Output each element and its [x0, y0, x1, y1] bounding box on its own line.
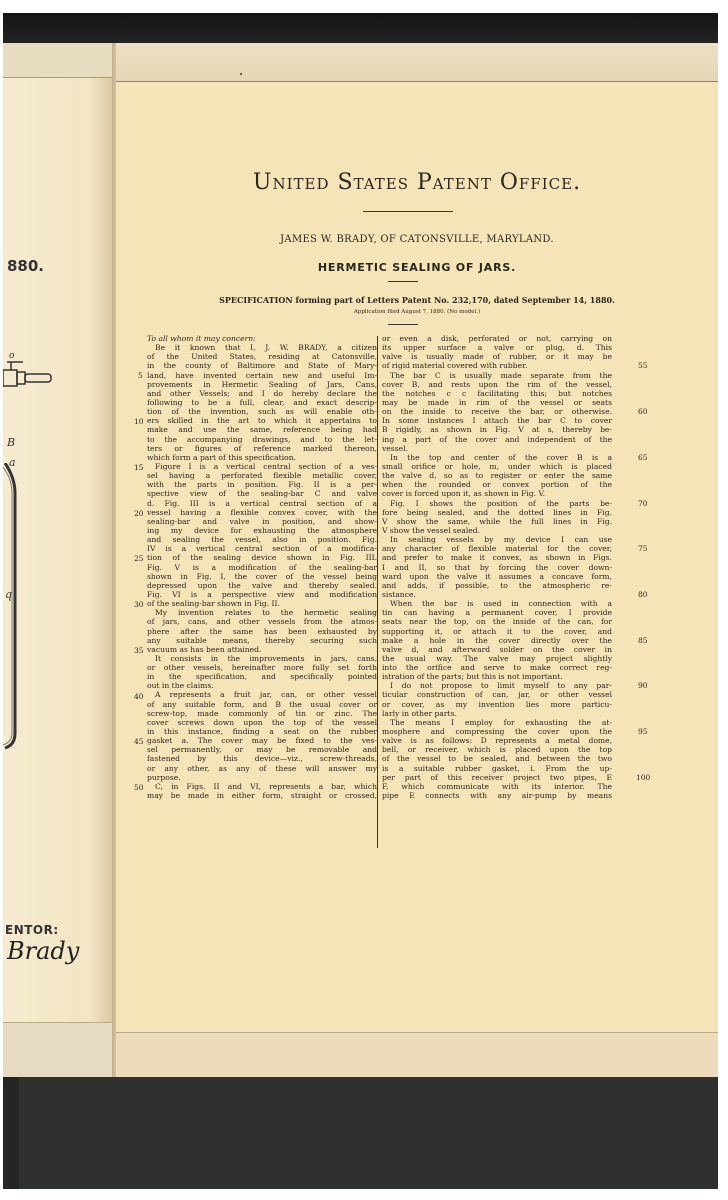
text-line: cover is forced upon it, as shown in Fig…	[382, 489, 612, 498]
text-line: In some instances I attach the bar C to …	[382, 416, 612, 425]
text-line: tion of the sealing device shown in Fig.…	[147, 553, 377, 562]
text-line: cover screws down upon the top of the ve…	[147, 718, 377, 727]
text-line: When the bar is used in connection with …	[382, 599, 612, 608]
text-line: on the inside to receive the bar, or oth…	[382, 407, 612, 416]
text-line: I and II, so that by forcing the cover d…	[382, 563, 612, 572]
text-line: valve d, and afterward solder on the cov…	[382, 645, 612, 654]
text-line: shown in Fig. I, the cover of the vessel…	[147, 572, 377, 581]
scanner-frame-bottom	[3, 1077, 718, 1189]
line-number: 85	[638, 636, 648, 645]
text-line: d. Fig. III is a vertical central sectio…	[147, 499, 377, 508]
line-number: 75	[638, 544, 648, 553]
paper-speck	[240, 73, 242, 75]
scanner-frame-left-edge	[3, 1077, 19, 1189]
line-number: 70	[638, 499, 648, 508]
text-line: sel having a perforated flexible metalli…	[147, 471, 377, 480]
text-line: sealing-bar and valve in position, and s…	[147, 517, 377, 526]
text-line: Fig. I shows the position of the parts b…	[382, 499, 612, 508]
text-line: and adds, if possible, to the atmospheri…	[382, 581, 612, 590]
text-line: vessel having a flexible convex cover, w…	[147, 508, 377, 517]
figure-label-q: q	[5, 588, 12, 601]
text-line: fastened by this device—viz., screw-thre…	[147, 754, 377, 763]
text-line: ers skilled in the art to which it apper…	[147, 416, 377, 425]
text-line: V show the vessel sealed.	[382, 526, 612, 535]
text-line: sel permanently, or may be removable and	[147, 745, 377, 754]
text-line: when the rounded or convex portion of th…	[382, 480, 612, 489]
page-top-edge	[116, 43, 718, 82]
text-line: or any other, as any of these will answe…	[147, 764, 377, 773]
text-line: I do not propose to limit myself to any …	[382, 681, 612, 690]
text-line: of rigid material covered with rubber.	[382, 361, 612, 370]
text-line: In sealing vessels by my device I can us…	[382, 535, 612, 544]
line-number: 10	[134, 417, 144, 426]
line-number: 5	[138, 371, 143, 380]
line-number: 40	[134, 692, 144, 701]
text-line: of the sealing-bar shown in Fig. II.	[147, 599, 377, 608]
text-line: and prefer to make it convex, as shown i…	[382, 553, 612, 562]
text-line: per part of this receiver project two pi…	[382, 773, 612, 782]
text-line: of the United States, residing at Catons…	[147, 352, 377, 361]
text-line: in this instance, finding a seat on the …	[147, 727, 377, 736]
line-number: 80	[638, 590, 648, 599]
text-line: fore being sealed, and the dotted lines …	[382, 508, 612, 517]
text-line: ticular construction of can, jar, or oth…	[382, 690, 612, 699]
text-line: of the vessel to be sealed, and between …	[382, 754, 612, 763]
text-line: which form a part of this specification.	[147, 453, 377, 462]
line-number: 15	[134, 463, 144, 472]
text-line: vacuum as has been attained.	[147, 645, 377, 654]
text-line: tin can having a permanent cover, I prov…	[382, 608, 612, 617]
text-line: Be it known that I, J. W. BRADY, a citiz…	[147, 343, 377, 352]
line-number: 90	[638, 681, 648, 690]
line-number: 45	[134, 737, 144, 746]
line-number: 50	[134, 783, 144, 792]
text-line: any suitable means, thereby securing suc…	[147, 636, 377, 645]
text-line: valve is usually made of rubber, or it m…	[382, 352, 612, 361]
valve-drawing-icon: o	[3, 348, 58, 403]
text-line: My invention relates to the hermetic sea…	[147, 608, 377, 617]
text-line: any character of flexible material for t…	[382, 544, 612, 553]
line-number: 100	[636, 773, 650, 782]
line-number: 35	[134, 646, 144, 655]
text-line: gasket a. The cover may be fixed to the …	[147, 736, 377, 745]
text-line: It consists in the improvements in jars,…	[147, 654, 377, 663]
text-line: into the orifice and serve to make corre…	[382, 663, 612, 672]
text-line: purpose.	[147, 773, 377, 782]
text-line: following to be a full, clear, and exact…	[147, 398, 377, 407]
text-line: C, in Figs. II and VI, represents a bar,…	[147, 782, 377, 791]
line-number: 55	[638, 361, 648, 370]
text-line: B rigidly, as shown in Fig. V at s, ther…	[382, 425, 612, 434]
salutation: To all whom it may concern:	[147, 334, 377, 343]
left-page-top-edge	[3, 43, 112, 78]
text-line: out in the claims.	[147, 681, 377, 690]
text-line: In the top and center of the cover B is …	[382, 453, 612, 462]
text-line: istration of the parts; but this is not …	[382, 672, 612, 681]
text-line: F, which communicate with its interior. …	[382, 782, 612, 791]
jar-drawing-icon	[3, 463, 23, 763]
line-number: 60	[638, 407, 648, 416]
text-line: vessel.	[382, 444, 612, 453]
text-line: larly in other parts.	[382, 709, 612, 718]
text-line: in the specification, and specifically p…	[147, 672, 377, 681]
text-line: provements in Hermetic Sealing of Jars, …	[147, 380, 377, 389]
text-line: is a suitable rubber gasket, i. From the…	[382, 764, 612, 773]
text-line: make and use the same, reference being h…	[147, 425, 377, 434]
text-line: and other Vessels; and I do hereby decla…	[147, 389, 377, 398]
text-line: The means I employ for exhausting the at…	[382, 718, 612, 727]
office-title: United States Patent Office.	[116, 170, 718, 195]
text-line: or even a disk, perforated or not, carry…	[382, 334, 612, 343]
text-line: the notches c c facilitating this; but n…	[382, 389, 612, 398]
text-line: valve is as follows: D represents a meta…	[382, 736, 612, 745]
subtitle-divider	[388, 281, 418, 282]
text-line: depressed upon the valve and thereby sea…	[147, 581, 377, 590]
text-line: Fig. V is a modification of the sealing-…	[147, 563, 377, 572]
left-page-bottom-edge	[3, 1022, 112, 1077]
text-line: of any suitable form, and B the usual co…	[147, 700, 377, 709]
inventor-line: JAMES W. BRADY, OF CATONSVILLE, MARYLAND…	[116, 234, 718, 245]
text-line: the usual way. The valve may project sli…	[382, 654, 612, 663]
text-line: sistance.	[382, 590, 612, 599]
text-line: small orifice or hole, m, under which is…	[382, 462, 612, 471]
right-text-column: or even a disk, perforated or not, carry…	[382, 334, 612, 800]
body-divider	[388, 324, 418, 325]
text-line: ing my device for exhausting the atmosph…	[147, 526, 377, 535]
text-line: to the accompanying drawings, and to the…	[147, 435, 377, 444]
text-line: bell, or receiver, which is placed upon …	[382, 745, 612, 754]
text-line: seats near the top, on the inside of the…	[382, 617, 612, 626]
text-line: ters or figures of reference marked ther…	[147, 444, 377, 453]
text-line: spective view of the sealing-bar C and v…	[147, 489, 377, 498]
invention-title: HERMETIC SEALING OF JARS.	[116, 261, 718, 274]
text-line: A represents a fruit jar, can, or other …	[147, 690, 377, 699]
left-page-fragment: 880. o B a q ENTOR: Brady	[3, 43, 112, 1077]
text-line: The bar C is usually made separate from …	[382, 371, 612, 380]
title-divider	[363, 211, 453, 212]
text-line: and sealing the vessel, also in position…	[147, 535, 377, 544]
text-line: cover B, and rests upon the rim of the v…	[382, 380, 612, 389]
column-divider	[377, 336, 378, 848]
text-line: in the county of Baltimore and State of …	[147, 361, 377, 370]
svg-text:o: o	[9, 351, 15, 361]
line-number: 30	[134, 600, 144, 609]
text-line: phere after the same has been exhausted …	[147, 627, 377, 636]
patent-page: United States Patent Office. JAMES W. BR…	[116, 43, 718, 1077]
text-line: or other vessels, hereinafter more fully…	[147, 663, 377, 672]
text-line: mosphere and compressing the cover upon …	[382, 727, 612, 736]
text-line: make a hole in the cover directly over t…	[382, 636, 612, 645]
text-line: may be made in either form, straight or …	[147, 791, 377, 800]
page-bottom-edge	[116, 1032, 718, 1077]
text-line: Figure I is a vertical central section o…	[147, 462, 377, 471]
inventor-signature: Brady	[7, 937, 79, 965]
figure-label-b: B	[7, 436, 15, 449]
text-line: pipe E connects with any air-pump by mea…	[382, 791, 612, 800]
application-line: Application filed August 7, 1880. (No mo…	[116, 309, 718, 315]
line-number: 65	[638, 453, 648, 462]
left-text-column: To all whom it may concern: Be it known …	[147, 334, 377, 800]
scanner-frame-top	[3, 13, 718, 43]
text-line: IV is a vertical central section of a mo…	[147, 544, 377, 553]
text-line: or cover, as my invention lies more part…	[382, 700, 612, 709]
text-line: V show the same, while the full lines in…	[382, 517, 612, 526]
text-line: supporting it, or attach it to the cover…	[382, 627, 612, 636]
line-number: 95	[638, 727, 648, 736]
text-line: may be made in rim of the vessel or seat…	[382, 398, 612, 407]
line-number: 25	[134, 554, 144, 563]
text-line: Fig. VI is a perspective view and modifi…	[147, 590, 377, 599]
text-line: ing a part of the cover and independent …	[382, 435, 612, 444]
text-line: of jars, cans, and other vessels from th…	[147, 617, 377, 626]
text-line: land, have invented certain new and usef…	[147, 371, 377, 380]
line-number: 20	[134, 509, 144, 518]
left-page-inventor-fragment: ENTOR:	[5, 923, 59, 937]
left-page-year-fragment: 880.	[7, 257, 44, 275]
text-line: tion of the invention, such as will enab…	[147, 407, 377, 416]
text-line: ward upon the valve it assumes a concave…	[382, 572, 612, 581]
text-line: its upper surface a valve or plug, d. Th…	[382, 343, 612, 352]
text-line: with the parts in position. Fig. II is a…	[147, 480, 377, 489]
text-line: screw-top, made commonly of tin or zinc.…	[147, 709, 377, 718]
specification-line: SPECIFICATION forming part of Letters Pa…	[116, 295, 718, 305]
text-line: the valve d, so as to register or enter …	[382, 471, 612, 480]
